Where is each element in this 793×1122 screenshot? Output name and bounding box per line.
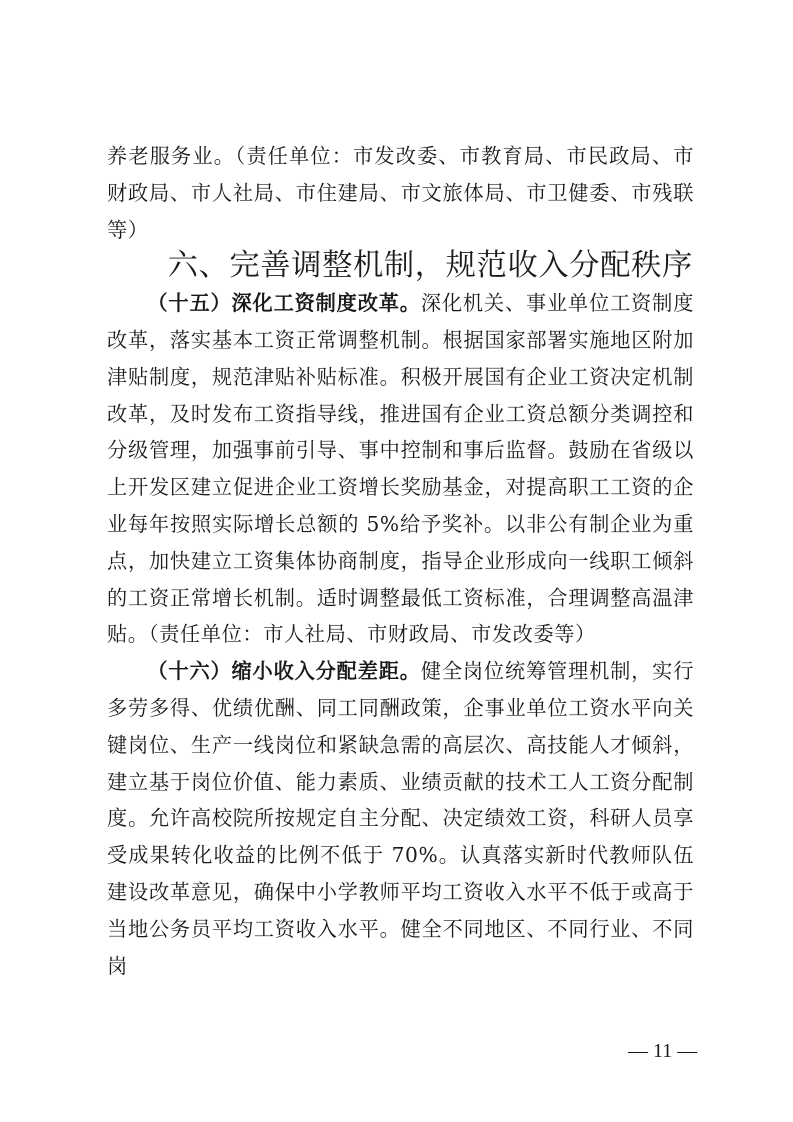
- document-body: 养老服务业。（责任单位：市发改委、市教育局、市民政局、市财政局、市人社局、市住建…: [107, 138, 694, 984]
- paragraph-continuation: 养老服务业。（责任单位：市发改委、市教育局、市民政局、市财政局、市人社局、市住建…: [107, 138, 694, 248]
- section-heading: 六、完善调整机制，规范收入分配秩序: [107, 248, 694, 285]
- item-15-body: 深化机关、事业单位工资制度改革，落实基本工资正常调整机制。根据国家部署实施地区附…: [107, 291, 694, 646]
- item-15-label: （十五）深化工资制度改革。: [147, 291, 420, 315]
- item-16-label: （十六）缩小收入分配差距。: [147, 659, 420, 683]
- page-number: — 11 —: [628, 1040, 697, 1063]
- item-16-body: 健全岗位统筹管理机制，实行多劳多得、优绩优酬、同工同酬政策，企事业单位工资水平向…: [107, 659, 694, 977]
- paragraph-item-15: （十五）深化工资制度改革。深化机关、事业单位工资制度改革，落实基本工资正常调整机…: [107, 285, 694, 653]
- paragraph-item-16: （十六）缩小收入分配差距。健全岗位统筹管理机制，实行多劳多得、优绩优酬、同工同酬…: [107, 653, 694, 984]
